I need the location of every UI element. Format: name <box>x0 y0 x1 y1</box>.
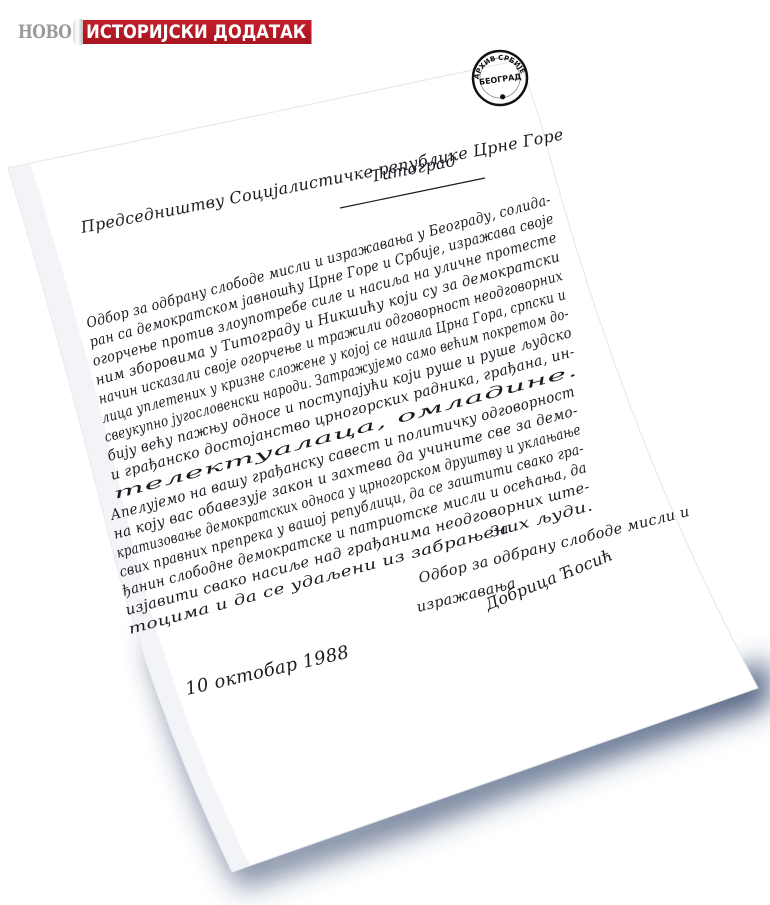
letter-sheet: АРХИВ СРБИЈЕ БЕОГРАД Председништву Социј… <box>0 0 770 905</box>
page-curl-icon <box>73 19 83 45</box>
